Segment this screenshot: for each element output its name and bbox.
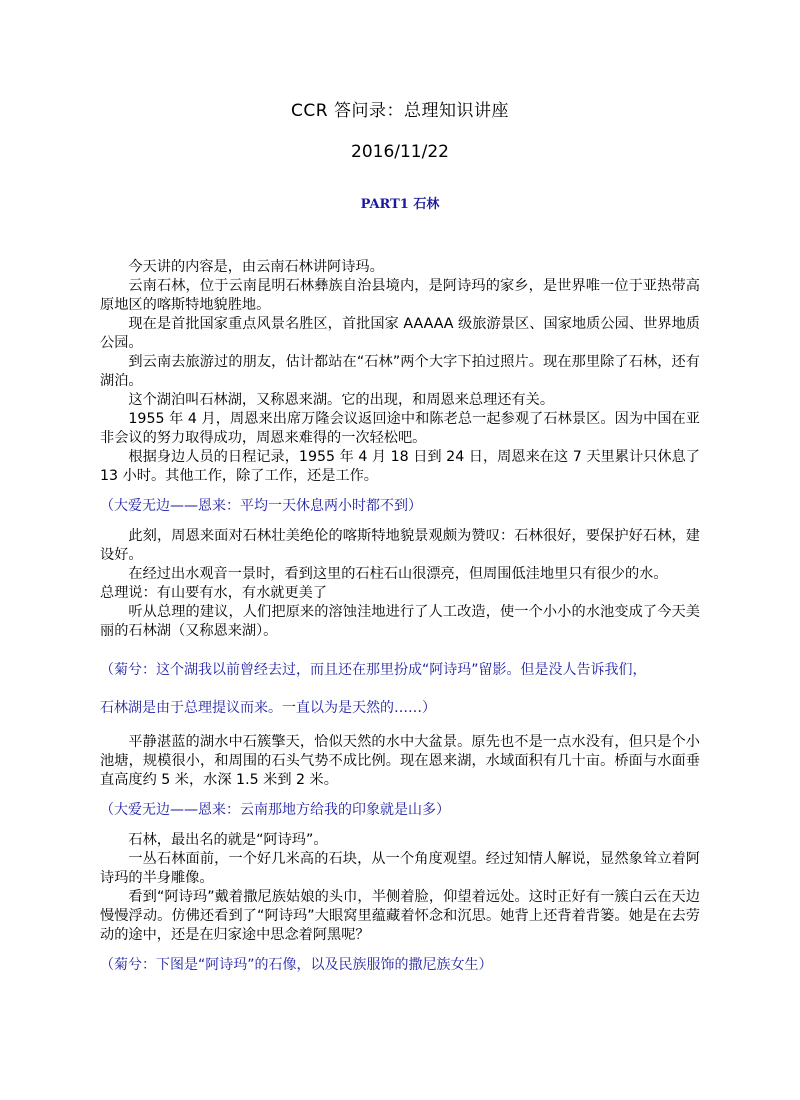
paragraph: 一丛石林面前，一个好几米高的石块，从一个角度观望。经过知情人解说，显然象耸立着阿… [100, 850, 700, 888]
paragraph: 石林，最出名的就是“阿诗玛”。 [100, 831, 700, 850]
editor-note: （大爱无边——恩来：平均一天休息两小时都不到） [100, 497, 700, 516]
paragraph: 到云南去旅游过的朋友，估计都站在“石林”两个大字下拍过照片。现在那里除了石林，还… [100, 353, 700, 391]
paragraph: 听从总理的建议，人们把原来的溶蚀洼地进行了人工改造，使一个小小的水池变成了今天美… [100, 603, 700, 641]
paragraph: 在经过出水观音一景时，看到这里的石柱石山很漂亮，但周围低洼地里只有很少的水。 [100, 565, 700, 584]
editor-note: （菊兮：下图是“阿诗玛”的石像，以及民族服饰的撒尼族女生） [100, 956, 700, 975]
paragraph: 根据身边人员的日程记录，1955 年 4 月 18 日到 24 日，周恩来在这 … [100, 448, 700, 486]
paragraph: 今天讲的内容是，由云南石林讲阿诗玛。 [100, 258, 700, 277]
paragraph: 云南石林，位于云南昆明石林彝族自治县境内，是阿诗玛的家乡，是世界唯一位于亚热带高… [100, 277, 700, 315]
paragraph: 看到“阿诗玛”戴着撒尼族姑娘的头巾，半侧着脸，仰望着远处。这时正好有一簇白云在天… [100, 888, 700, 945]
paragraph: 平静湛蓝的湖水中石簇擎天，恰似天然的水中大盆景。原先也不是一点水没有，但只是个小… [100, 733, 700, 790]
section-heading: PART1 石林 [100, 193, 700, 212]
paragraph: 这个湖泊叫石林湖，又称恩来湖。它的出现，和周恩来总理还有关。 [100, 391, 700, 410]
editor-note-line: 石林湖是由于总理提议而来。一直以为是天然的……） [100, 700, 436, 716]
document-date: 2016/11/22 [100, 142, 700, 162]
editor-note: （菊兮：这个湖我以前曾经去过，而且还在那里扮成“阿诗玛”留影。但是没人告诉我们，… [100, 651, 700, 727]
document-title: CCR 答问录：总理知识讲座 [100, 96, 700, 121]
document-body: 今天讲的内容是，由云南石林讲阿诗玛。 云南石林，位于云南昆明石林彝族自治县境内，… [100, 258, 700, 986]
paragraph: 现在是首批国家重点风景名胜区，首批国家 AAAAA 级旅游景区、国家地质公园、世… [100, 315, 700, 353]
editor-note-line: （菊兮：这个湖我以前曾经去过，而且还在那里扮成“阿诗玛”留影。但是没人告诉我们， [100, 662, 647, 678]
paragraph: 1955 年 4 月，周恩来出席万隆会议返回途中和陈老总一起参观了石林景区。因为… [100, 410, 700, 448]
editor-note: （大爱无边——恩来：云南那地方给我的印象就是山多） [100, 801, 700, 820]
paragraph: 此刻，周恩来面对石林壮美绝伦的喀斯特地貌景观颇为赞叹：石林很好，要保护好石林，建… [100, 527, 700, 565]
paragraph: 总理说：有山要有水，有水就更美了 [100, 584, 700, 603]
